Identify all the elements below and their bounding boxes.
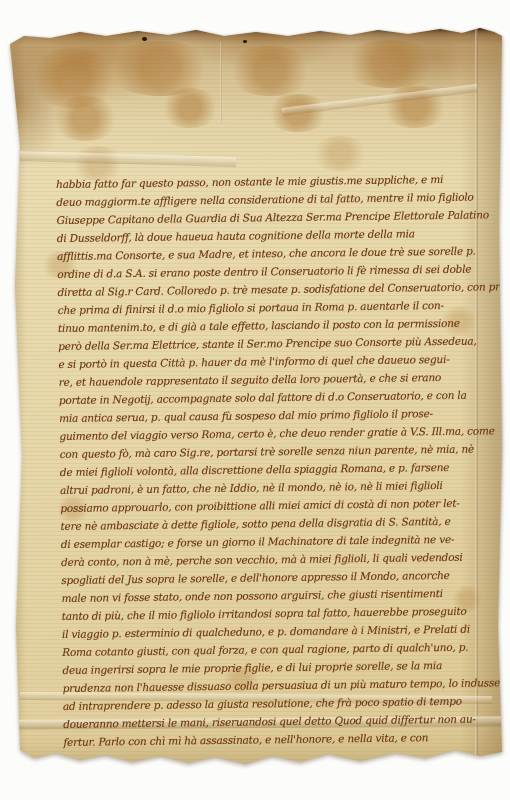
foxing-stain [340, 40, 440, 88]
worm-hole [142, 37, 147, 41]
worm-hole [243, 40, 247, 43]
burnt-top-edge [10, 26, 502, 44]
handwritten-text-block: habbia fatto far questo passo, non ostan… [56, 170, 504, 752]
fold-crease-vertical-short [220, 42, 222, 122]
foxing-stain [50, 96, 120, 141]
foxing-stain [160, 88, 220, 128]
foxing-stain [225, 46, 315, 96]
foxing-stain [105, 41, 215, 96]
page-background: habbia fatto far questo passo, non ostan… [0, 0, 510, 800]
manuscript-page: habbia fatto far questo passo, non ostan… [10, 26, 502, 768]
manuscript-page-wrap: habbia fatto far questo passo, non ostan… [10, 26, 502, 768]
foxing-stain [310, 136, 370, 171]
